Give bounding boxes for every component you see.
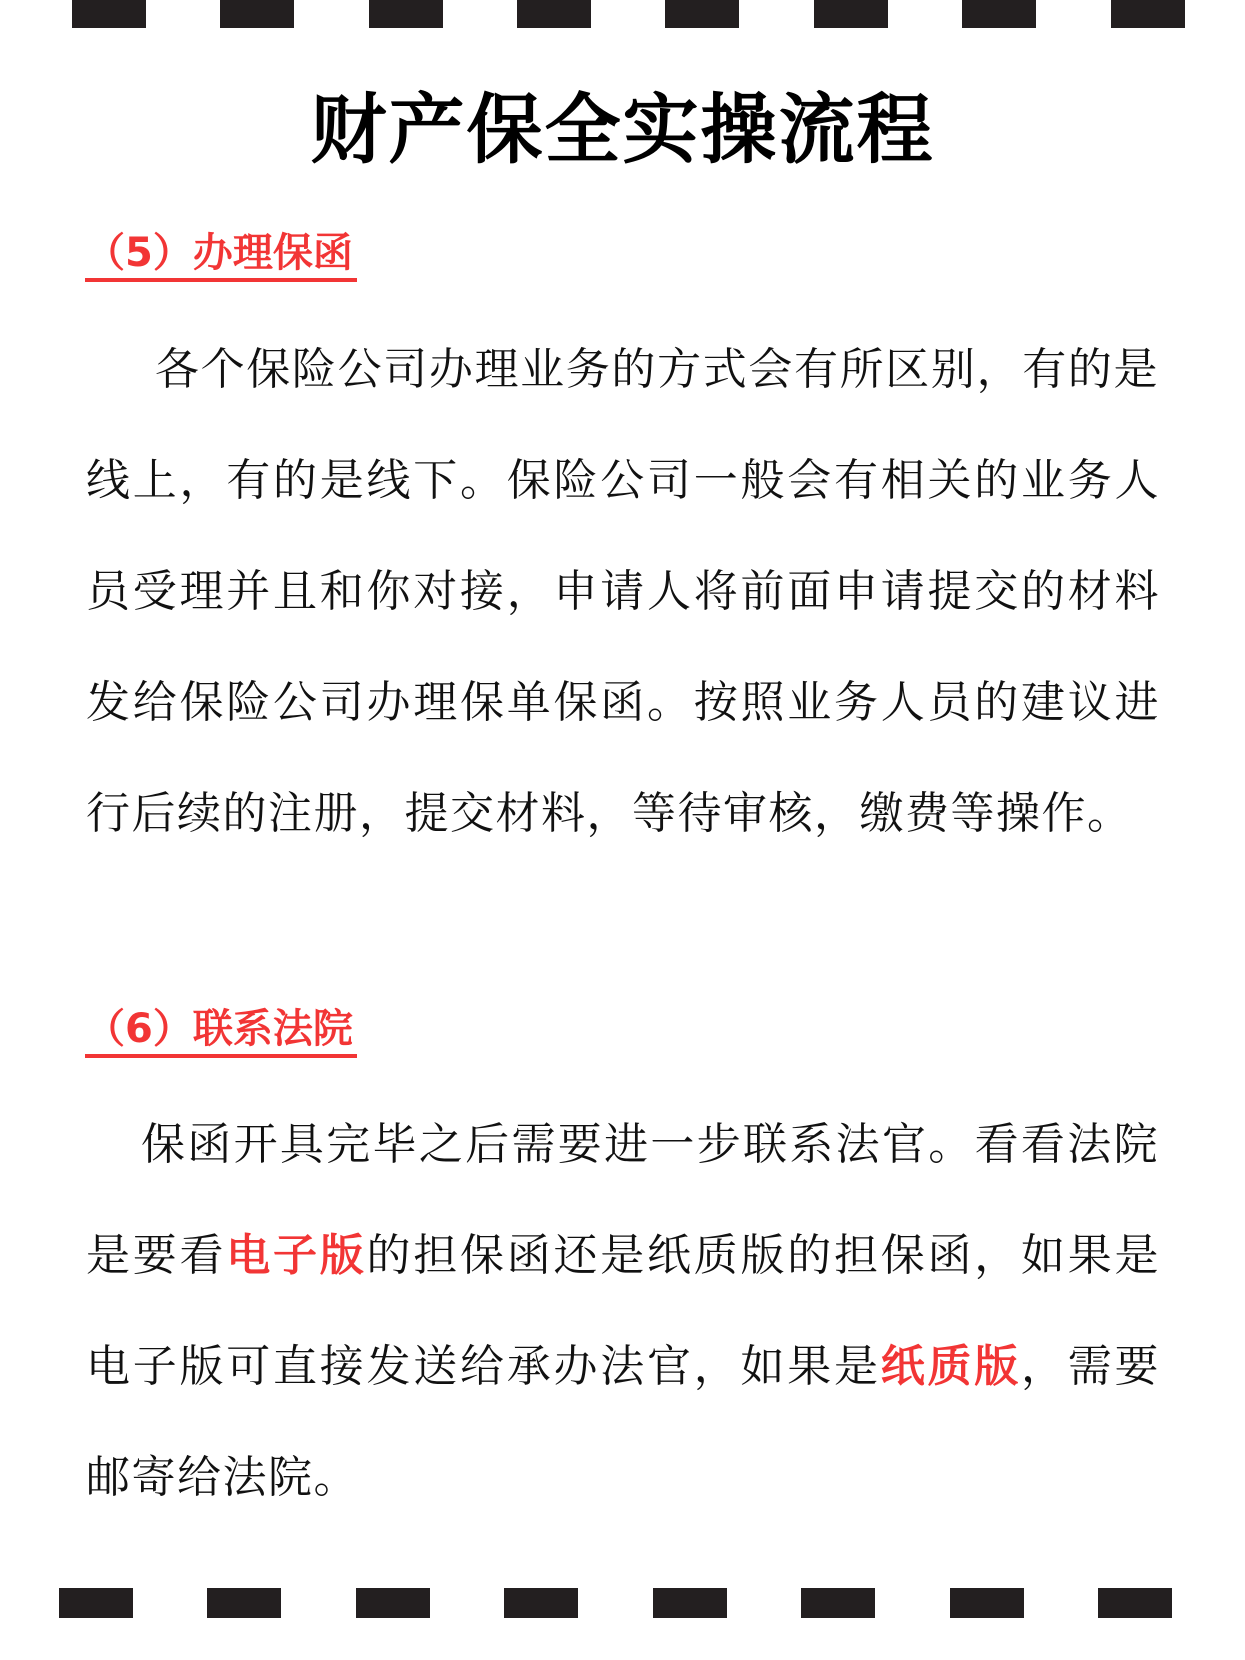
highlight-electronic-version: 电子版 xyxy=(226,1230,366,1281)
border-dash xyxy=(1111,0,1185,28)
border-dash xyxy=(950,1588,1024,1618)
paragraph-line: 员受理并且和你对接，申请人将前面申请提交的材料 xyxy=(86,564,1160,620)
line-text: 是要看 xyxy=(86,1230,226,1281)
border-dash xyxy=(665,0,739,28)
border-dash xyxy=(653,1588,727,1618)
border-dash xyxy=(801,1588,875,1618)
section-heading-5: （5）办理保函 xyxy=(85,228,357,282)
highlight-paper-version: 纸质版 xyxy=(881,1341,1021,1392)
paragraph-line: 发给保险公司办理保单保函。按照业务人员的建议进 xyxy=(86,675,1160,731)
paragraph-line: 电子版可直接发送给承办法官，如果是纸质版，需要 xyxy=(86,1339,1160,1395)
border-dash xyxy=(962,0,1036,28)
border-dash xyxy=(369,0,443,28)
border-dash xyxy=(814,0,888,28)
border-dash xyxy=(1098,1588,1172,1618)
line-text: 的担保函还是纸质版的担保函，如果是 xyxy=(367,1230,1161,1281)
paragraph-line: 是要看电子版的担保函还是纸质版的担保函，如果是 xyxy=(86,1228,1160,1284)
paragraph-line: 线上，有的是线下。保险公司一般会有相关的业务人 xyxy=(86,453,1160,509)
paragraph-line: 保函开具完毕之后需要进一步联系法官。看看法院 xyxy=(141,1117,1159,1173)
border-dash xyxy=(59,1588,133,1618)
border-dash xyxy=(72,0,146,28)
line-text: ，需要 xyxy=(1021,1341,1160,1392)
paragraph-line: 各个保险公司办理业务的方式会有所区别，有的是 xyxy=(155,342,1159,398)
paragraph-line: 邮寄给法院。 xyxy=(86,1450,1160,1506)
section-heading-6: （6）联系法院 xyxy=(85,1004,357,1058)
page-title: 财产保全实操流程 xyxy=(0,82,1245,178)
paragraph-line: 行后续的注册，提交材料，等待审核，缴费等操作。 xyxy=(86,786,1160,842)
line-text: 电子版可直接发送给承办法官，如果是 xyxy=(86,1341,881,1392)
bottom-dashed-border xyxy=(0,1588,1245,1618)
border-dash xyxy=(207,1588,281,1618)
border-dash xyxy=(220,0,294,28)
border-dash xyxy=(517,0,591,28)
border-dash xyxy=(356,1588,430,1618)
border-dash xyxy=(504,1588,578,1618)
top-dashed-border xyxy=(0,0,1245,30)
